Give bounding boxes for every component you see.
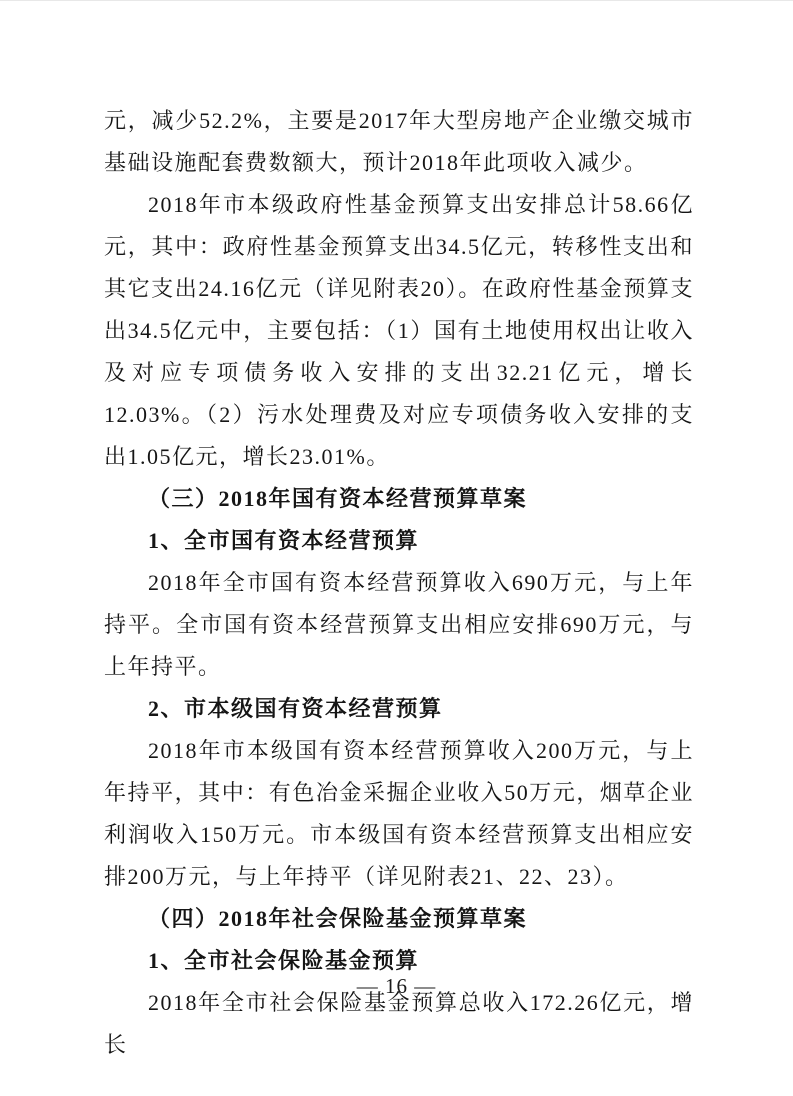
document-body: 元，减少52.2%，主要是2017年大型房地产企业缴交城市基础设施配套费数额大，… xyxy=(104,100,694,1066)
paragraph-continuation: 元，减少52.2%，主要是2017年大型房地产企业缴交城市基础设施配套费数额大，… xyxy=(104,100,694,184)
heading-subsection-1-citywide-state-capital: 1、全市国有资本经营预算 xyxy=(104,520,694,562)
page-footer: — 16 — xyxy=(0,974,793,999)
heading-section-3-state-capital-budget: （三）2018年国有资本经营预算草案 xyxy=(104,478,694,520)
paragraph-municipal-state-capital: 2018年市本级国有资本经营预算收入200万元，与上年持平，其中：有色冶金采掘企… xyxy=(104,730,694,898)
page-number: — 16 — xyxy=(357,974,437,998)
document-page: 元，减少52.2%，主要是2017年大型房地产企业缴交城市基础设施配套费数额大，… xyxy=(0,0,793,1096)
heading-subsection-2-municipal-state-capital: 2、市本级国有资本经营预算 xyxy=(104,688,694,730)
paragraph-citywide-state-capital: 2018年全市国有资本经营预算收入690万元，与上年持平。全市国有资本经营预算支… xyxy=(104,562,694,688)
paragraph-gov-fund-expenditure: 2018年市本级政府性基金预算支出安排总计58.66亿元，其中：政府性基金预算支… xyxy=(104,184,694,478)
heading-section-4-social-insurance-budget: （四）2018年社会保险基金预算草案 xyxy=(104,898,694,940)
